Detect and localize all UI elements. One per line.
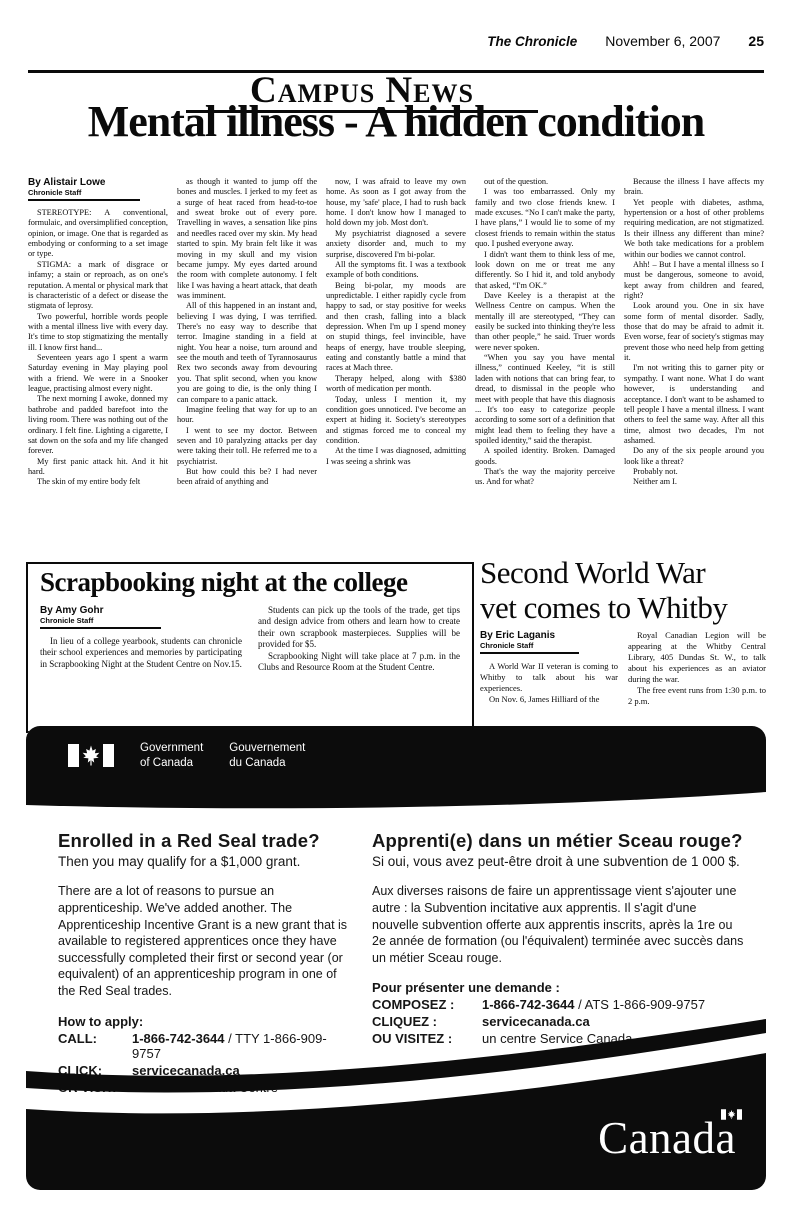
article-column-2: as though it wanted to jump off the bone… <box>177 177 317 559</box>
ww2-columns: By Eric Laganis Chronicle Staff A World … <box>480 630 766 706</box>
author-byline: By Amy Gohr <box>40 605 161 616</box>
paragraph: STEREOTYPE: A conventional, formulaic, a… <box>28 208 168 260</box>
author-byline: By Alistair Lowe <box>28 177 140 188</box>
author-organization: Chronicle Staff <box>28 188 140 197</box>
paragraph: My psychiatrist diagnosed a severe anxie… <box>326 229 466 260</box>
ad-headline-fr: Apprenti(e) dans un métier Sceau rouge? <box>372 830 746 851</box>
page-number: 25 <box>748 33 764 49</box>
canada-wordmark-text: Canada <box>598 1113 736 1163</box>
main-headline: Mental illness - A hidden condition <box>14 99 778 145</box>
paragraph: The free event runs from 1:30 p.m. to 2 … <box>628 685 766 707</box>
author-organization: Chronicle Staff <box>480 641 579 650</box>
scrapbooking-columns: By Amy Gohr Chronicle Staff In lieu of a… <box>40 605 460 674</box>
scrapbooking-headline: Scrapbooking night at the college <box>40 568 460 598</box>
paragraph: as though it wanted to jump off the bone… <box>177 177 317 301</box>
paragraph: All of this happened in an instant and, … <box>177 301 317 405</box>
paragraph: Neither am I. <box>624 477 764 487</box>
contact-extra: / ATS 1-866-909-9757 <box>575 997 706 1012</box>
wordmark-flag-icon <box>721 1109 742 1120</box>
canada-flag-icon <box>68 744 114 767</box>
ww2-article: Second World War vet comes to Whitby By … <box>480 556 766 707</box>
ww2-column-2: Royal Canadian Legion will be appearing … <box>628 630 766 706</box>
paragraph: Therapy helped, along with $380 worth of… <box>326 374 466 395</box>
paragraph: Probably not. <box>624 467 764 477</box>
paragraph: Today, unless I mention it, my condition… <box>326 395 466 447</box>
ad-header-curve <box>26 788 766 812</box>
paragraph: Look around you. One in six have some fo… <box>624 301 764 363</box>
paragraph: Imagine feeling that way for up to an ho… <box>177 405 317 426</box>
canada-wordmark: Canada <box>598 1112 736 1164</box>
paragraph: Scrapbooking Night will take place at 7 … <box>258 651 460 674</box>
paragraph: I didn't want them to think less of me, … <box>475 250 615 291</box>
paragraph: I went to see my doctor. Between seven a… <box>177 426 317 467</box>
paragraph: I'm not writing this to garner pity or s… <box>624 363 764 446</box>
paragraph: Ahh! – But I have a mental illness so I … <box>624 260 764 301</box>
paragraph: Two powerful, horrible words people with… <box>28 312 168 353</box>
article-column-4: out of the question. I was too embarrass… <box>475 177 615 559</box>
paragraph: But how could this be? I had never been … <box>177 467 317 488</box>
ww2-column-1: By Eric Laganis Chronicle Staff A World … <box>480 630 618 706</box>
paragraph: In lieu of a college yearbook, students … <box>40 636 242 671</box>
paper-name: The Chronicle <box>487 34 577 49</box>
paragraph: The next morning I awoke, donned my bath… <box>28 394 168 456</box>
paragraph: Dave Keeley is a therapist at the Wellne… <box>475 291 615 353</box>
article-column-1: By Alistair Lowe Chronicle Staff STEREOT… <box>28 177 168 559</box>
paragraph: Yet people with diabetes, asthma, hypert… <box>624 198 764 260</box>
paragraph: All the symptoms fit. I was a textbook e… <box>326 260 466 281</box>
paragraph: Do any of the six people around you look… <box>624 446 764 467</box>
byline-block: By Amy Gohr Chronicle Staff <box>40 605 161 629</box>
byline-block: By Alistair Lowe Chronicle Staff <box>28 177 140 201</box>
paragraph: That's the way the majority perceive us.… <box>475 467 615 488</box>
government-ad: Government of Canada Gouvernement du Can… <box>26 726 766 1190</box>
paragraph: STIGMA: a mark of disgrace or infamy; a … <box>28 260 168 312</box>
gov-label-en-line2: of Canada <box>140 756 203 771</box>
paragraph: Because the illness I have affects my br… <box>624 177 764 198</box>
gov-label-french: Gouvernement du Canada <box>229 741 305 771</box>
masthead: The Chronicle November 6, 2007 25 <box>487 33 764 49</box>
article-columns: By Alistair Lowe Chronicle Staff STEREOT… <box>28 177 764 559</box>
author-organization: Chronicle Staff <box>40 616 161 625</box>
paragraph: A World War II veteran is coming to Whit… <box>480 661 618 694</box>
contact-label: COMPOSEZ : <box>372 997 482 1012</box>
paragraph: out of the question. <box>475 177 615 187</box>
contact-phone: 1-866-742-3644 <box>482 997 575 1012</box>
gov-label-fr-line2: du Canada <box>229 756 305 771</box>
article-column-3: now, I was afraid to leave my own home. … <box>326 177 466 559</box>
paragraph: At the time I was diagnosed, admitting I… <box>326 446 466 467</box>
paragraph: Seventeen years ago I spent a warm Satur… <box>28 353 168 394</box>
gov-label-english: Government of Canada <box>140 741 203 771</box>
paragraph: Students can pick up the tools of the tr… <box>258 605 460 651</box>
ad-apply-heading-fr: Pour présenter une demande : <box>372 980 746 995</box>
gov-label-fr-line1: Gouvernement <box>229 741 305 756</box>
scrapbooking-column-2: Students can pick up the tools of the tr… <box>258 605 460 674</box>
article-column-5: Because the illness I have affects my br… <box>624 177 764 559</box>
paragraph: “When you say you have mental illness,” … <box>475 353 615 446</box>
ww2-headline-line1: Second World War <box>480 555 705 590</box>
ad-subhead-en: Then you may qualify for a $1,000 grant. <box>58 854 352 869</box>
ww2-headline-line2: vet comes to Whitby <box>480 590 727 625</box>
ad-body-fr: Aux diverses raisons de faire un apprent… <box>372 883 746 966</box>
author-byline: By Eric Laganis <box>480 630 579 641</box>
scrapbooking-column-1: By Amy Gohr Chronicle Staff In lieu of a… <box>40 605 242 674</box>
ad-headline-en: Enrolled in a Red Seal trade? <box>58 830 352 851</box>
ad-body-en: There are a lot of reasons to pursue an … <box>58 883 352 999</box>
ad-contact-row: COMPOSEZ : 1-866-742-3644 / ATS 1-866-90… <box>372 997 746 1012</box>
paragraph: The skin of my entire body felt <box>28 477 168 487</box>
paragraph: Royal Canadian Legion will be appearing … <box>628 630 766 684</box>
paragraph: On Nov. 6, James Hilliard of the <box>480 694 618 705</box>
byline-block: By Eric Laganis Chronicle Staff <box>480 630 579 654</box>
gov-label-en-line1: Government <box>140 741 203 756</box>
government-logo: Government of Canada Gouvernement du Can… <box>68 741 305 771</box>
newspaper-page: The Chronicle November 6, 2007 25 Campus… <box>0 0 792 1224</box>
scrapbooking-article-box: Scrapbooking night at the college By Amy… <box>26 562 474 733</box>
paragraph: now, I was afraid to leave my own home. … <box>326 177 466 229</box>
ad-subhead-fr: Si oui, vous avez peut-être droit à une … <box>372 854 746 869</box>
paragraph: A spoiled identity. Broken. Damaged good… <box>475 446 615 467</box>
paragraph: My first panic attack hit. And it hit ha… <box>28 457 168 478</box>
issue-date: November 6, 2007 <box>605 33 720 49</box>
paragraph: I was too embarrassed. Only my family an… <box>475 187 615 249</box>
ww2-headline: Second World War vet comes to Whitby <box>480 556 766 625</box>
paragraph: Being bi-polar, my moods are unpredictab… <box>326 281 466 374</box>
